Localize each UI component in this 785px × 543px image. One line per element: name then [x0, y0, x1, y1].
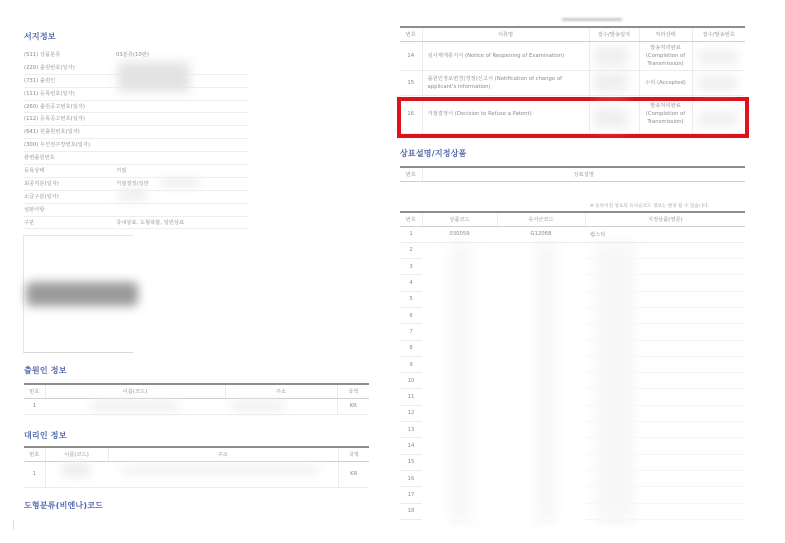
redacted-history-date [594, 108, 628, 128]
redacted-agent-address [120, 466, 320, 474]
applicant-table: 번호 이름(코드) 주소 국적 1 KR [24, 383, 369, 415]
applicant-no: 1 [24, 398, 45, 414]
redacted-history-date [594, 46, 628, 66]
history-no: 14 [400, 41, 422, 70]
goods-no: 13 [400, 422, 422, 438]
agent-col-address: 주소 [108, 447, 338, 461]
biblio-section-title: 서지정보 [24, 31, 56, 42]
history-status: 발송처리완료 (Completion of Transmission) [639, 41, 692, 70]
goods-no: 8 [400, 340, 422, 356]
redacted-goods-codes [450, 245, 472, 520]
goods-no: 15 [400, 454, 422, 470]
redacted-applicant-info [118, 62, 190, 92]
biblio-label: (220) 출원번호(일자) [24, 62, 75, 74]
biblio-label: (511) 상품분류 [24, 49, 60, 61]
biblio-row: 최종처분(일자)거절결정(일반 [24, 178, 249, 191]
biblio-label: (300) 우선권주장번호(일자) [24, 139, 90, 151]
goods-no: 18 [400, 503, 422, 519]
goods-no: 2 [400, 242, 422, 258]
goods-no: 4 [400, 275, 422, 291]
agent-col-country: 국적 [338, 447, 369, 461]
biblio-row: (260) 출원공고번호(일자) [24, 101, 249, 114]
biblio-label: 구분 [24, 217, 34, 229]
history-col-status: 처리상태 [639, 27, 692, 41]
highlight-refusal-decision [397, 97, 749, 138]
agent-no: 1 [24, 461, 45, 487]
description-table: 번호 상표설명 [400, 166, 745, 182]
biblio-value: 03분류(10판) [116, 49, 149, 61]
applicant-col-address: 주소 [225, 384, 337, 398]
biblio-row: (511) 상품분류03분류(10판) [24, 49, 249, 62]
biblio-row: (300) 우선권주장번호(일자) [24, 139, 249, 152]
redacted-final-disposition-date [160, 178, 200, 187]
biblio-label: 등록상태 [24, 165, 44, 177]
biblio-row: 관련출원번호 [24, 152, 249, 165]
goods-no: 11 [400, 389, 422, 405]
biblio-value: 거절 [116, 165, 126, 177]
description-col-no: 번호 [400, 167, 422, 181]
history-no: 15 [400, 70, 422, 95]
biblio-label: (112) 등록공고번호(일자) [24, 113, 85, 125]
redacted-history-date [594, 72, 628, 92]
goods-no: 3 [400, 259, 422, 275]
description-section-title: 상표설명/지정상품 [400, 148, 467, 159]
history-row: 14심사재개통지서 (Notice of Reopening of Examin… [400, 41, 745, 70]
applicant-row: 1 KR [24, 398, 369, 414]
biblio-value: 국내상표, 도형복합, 일반상표 [116, 217, 184, 229]
biblio-row: (641) 원출원번호(일자) [24, 126, 249, 139]
redacted-history-number [698, 50, 738, 64]
biblio-row: 구분국내상표, 도형복합, 일반상표 [24, 217, 249, 230]
history-caption-redacted [562, 18, 622, 21]
redacted-goods-items [595, 245, 635, 520]
goods-no: 7 [400, 324, 422, 340]
biblio-label: (731) 출원인 [24, 75, 55, 87]
agent-country: KR [338, 461, 369, 487]
goods-no: 17 [400, 487, 422, 503]
biblio-row: 심판사항 [24, 204, 249, 217]
history-col-document: 서류명 [422, 27, 589, 41]
similar-code-notice: ※ 등록이전 상표의 유사군코드 정보는 변경 될 수 있습니다. [590, 203, 709, 209]
goods-no: 5 [400, 291, 422, 307]
goods-col-no: 번호 [400, 212, 422, 226]
goods-no: 10 [400, 373, 422, 389]
history-col-no: 번호 [400, 27, 422, 41]
agent-section-title: 대리인 정보 [24, 430, 67, 441]
history-col-number: 접수/발송번호 [692, 27, 745, 41]
goods-no: 16 [400, 470, 422, 486]
redacted-applicant-name [90, 402, 180, 410]
applicant-col-no: 번호 [24, 384, 45, 398]
redacted-history-number [698, 76, 738, 90]
goods-code: 030059 [422, 226, 497, 242]
biblio-label: (260) 출원공고번호(일자) [24, 101, 85, 113]
goods-no: 9 [400, 356, 422, 372]
page-edge-mark [13, 520, 14, 530]
goods-no: 12 [400, 405, 422, 421]
goods-col-item: 지정상품(영문) [585, 212, 745, 226]
history-document[interactable]: 심사재개통지서 (Notice of Reopening of Examinat… [422, 41, 589, 70]
biblio-label: (641) 원출원번호(일자) [24, 126, 80, 138]
redacted-agent-name [62, 463, 90, 477]
applicant-col-country: 국적 [337, 384, 369, 398]
biblio-label: (111) 등록번호(일자) [24, 88, 75, 100]
description-col-text: 상표설명 [422, 167, 745, 181]
history-col-date: 접수/발송일자 [589, 27, 639, 41]
goods-no: 6 [400, 307, 422, 323]
agent-address [108, 461, 338, 487]
biblio-label: 관련출원번호 [24, 152, 55, 164]
trademark-image-redacted [26, 282, 138, 306]
agent-col-no: 번호 [24, 447, 45, 461]
applicant-section-title: 출원인 정보 [24, 365, 67, 376]
applicant-country: KR [337, 398, 369, 414]
biblio-label: 최종처분(일자) [24, 178, 59, 190]
biblio-label: 소급구분(일자) [24, 191, 59, 203]
history-row: 15출원인정보변경(경정)신고서 (Notification of change… [400, 70, 745, 95]
vienna-code-section-title: 도형분류(비엔나)코드 [24, 500, 103, 511]
biblio-row: 등록상태거절 [24, 165, 249, 178]
agent-col-name: 이름(코드) [45, 447, 108, 461]
history-status: 수리 (Accepted) [639, 70, 692, 95]
goods-similar-code: G1206B [497, 226, 585, 242]
history-document[interactable]: 출원인정보변경(경정)신고서 (Notification of change o… [422, 70, 589, 95]
redacted-history-number [698, 112, 738, 126]
redacted-applicant-address [230, 402, 285, 410]
biblio-row: (112) 등록공고번호(일자) [24, 113, 249, 126]
biblio-label: 심판사항 [24, 204, 44, 216]
applicant-col-name: 이름(코드) [45, 384, 225, 398]
goods-no: 1 [400, 226, 422, 242]
goods-row: 1030059G1206B립스틱 [400, 226, 745, 242]
redacted-retroactive-date [118, 190, 148, 200]
goods-col-similar-code: 유사군코드 [497, 212, 585, 226]
goods-col-code: 상품코드 [422, 212, 497, 226]
goods-item: 립스틱 [585, 226, 745, 242]
biblio-value: 거절결정(일반 [116, 178, 149, 190]
goods-no: 14 [400, 438, 422, 454]
redacted-goods-similar [535, 245, 557, 520]
